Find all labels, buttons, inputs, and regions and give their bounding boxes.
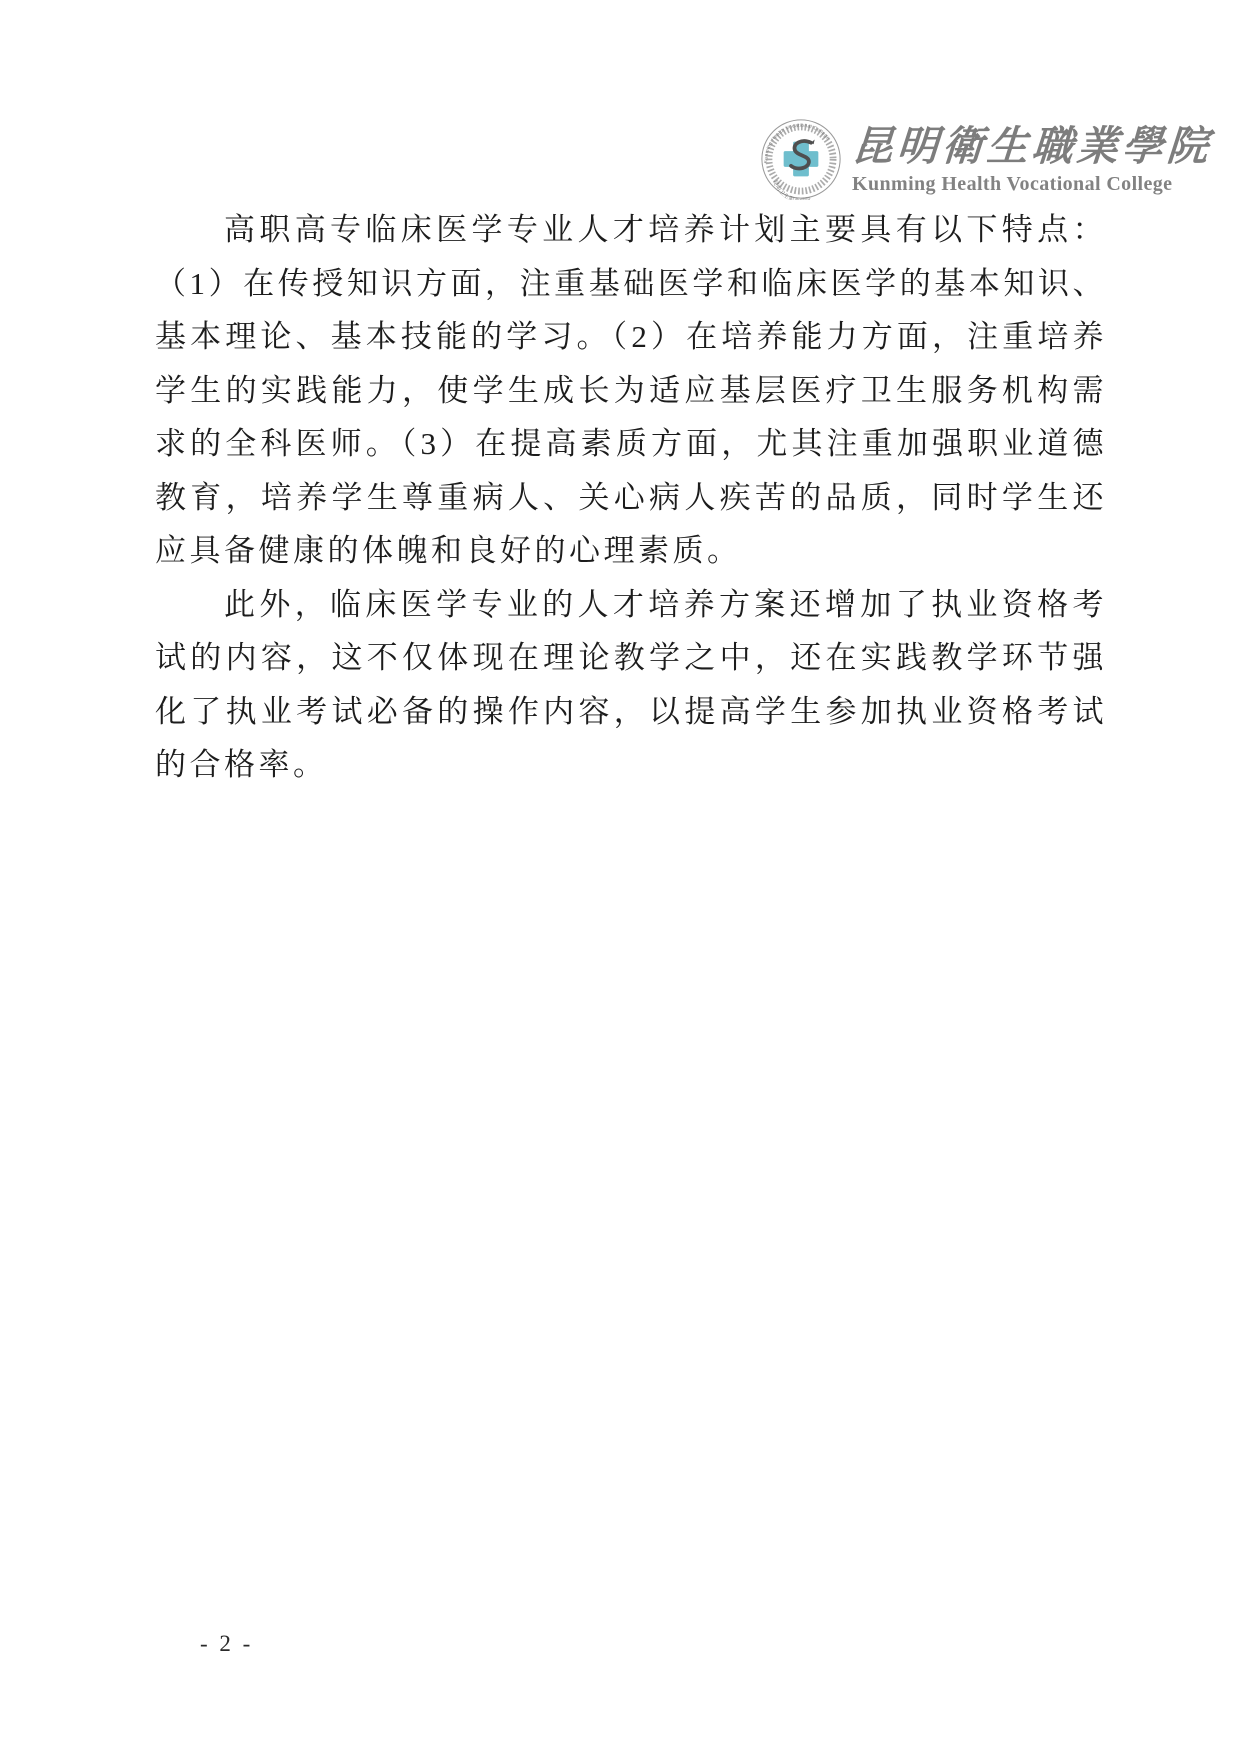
college-name-calligraphy: 昆明衛生職業學院: [850, 122, 1213, 170]
college-name-english: Kunming Health Vocational College: [852, 172, 1212, 196]
college-logo-header: Kunming Health Vocational College 昆明卫生职业…: [760, 118, 1212, 200]
document-page: Kunming Health Vocational College 昆明卫生职业…: [0, 0, 1241, 1754]
page-number: - 2 -: [200, 1631, 253, 1657]
college-name-block: 昆明衛生職業學院 Kunming Health Vocational Colle…: [852, 122, 1212, 196]
paragraph-training-plan-features: 高职高专临床医学专业人才培养计划主要具有以下特点：（1）在传授知识方面，注重基础…: [155, 203, 1107, 578]
college-emblem-icon: Kunming Health Vocational College 昆明卫生职业…: [760, 118, 842, 200]
document-body: 高职高专临床医学专业人才培养计划主要具有以下特点：（1）在传授知识方面，注重基础…: [155, 203, 1107, 792]
paragraph-qualification-exam: 此外，临床医学专业的人才培养方案还增加了执业资格考试的内容，这不仅体现在理论教学…: [155, 578, 1107, 792]
